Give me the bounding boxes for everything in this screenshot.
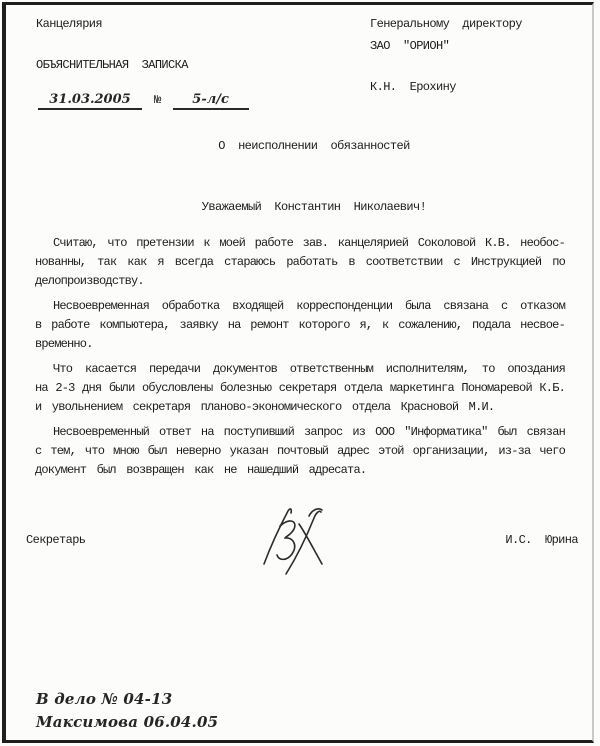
- body-line: на 2-3 дня были обусловлены болезнью сек…: [35, 379, 565, 398]
- paragraph: Несвоевременный ответ на поступивший зап…: [35, 423, 565, 480]
- signer-position-label: Секретарь: [26, 533, 85, 547]
- addressee-position: Генеральному директору: [370, 17, 522, 31]
- body-line: нованны, так как я всегда стараюсь работ…: [35, 253, 565, 272]
- body-line: Считаю, что претензии к моей работе зав.…: [35, 234, 565, 253]
- document-page: Канцелярия ОБЪЯСНИТЕЛЬНАЯ ЗАПИСКА Генера…: [0, 0, 600, 746]
- handwritten-signature-icon: [252, 502, 338, 582]
- doc-number-field: 5-л/с: [173, 92, 249, 110]
- body-line: и увольнением секретаря планово-экономич…: [35, 398, 565, 417]
- body-line: в работе компьютера, заявку на ремонт ко…: [35, 316, 565, 335]
- salutation-line: Уважаемый Константин Николаевич!: [35, 200, 565, 214]
- paragraph: Считаю, что претензии к моей работе зав.…: [35, 234, 565, 291]
- body-line: временно.: [35, 335, 565, 354]
- body-line: Что касается передачи документов ответст…: [35, 360, 565, 379]
- body-line: с тем, что мною был неверно указан почто…: [35, 442, 565, 461]
- department-label: Канцелярия: [36, 17, 102, 31]
- date-number-row: 31.03.2005 № 5-л/с: [38, 92, 249, 110]
- body-line: делопроизводству.: [35, 272, 565, 291]
- date-field: 31.03.2005: [38, 92, 142, 110]
- body-line: Несвоевременный ответ на поступивший зап…: [35, 423, 565, 442]
- number-sign-label: №: [142, 93, 173, 110]
- paragraph: Несвоевременная обработка входящей корре…: [35, 297, 565, 354]
- subject-line: О неисполнении обязанностей: [35, 139, 565, 153]
- addressee-company: ЗАО "ОРИОН": [370, 39, 449, 53]
- body-line: Несвоевременная обработка входящей корре…: [35, 297, 565, 316]
- paragraph: Что касается передачи документов ответст…: [35, 360, 565, 417]
- body-text: Считаю, что претензии к моей работе зав.…: [35, 234, 565, 486]
- filing-signer-date: Максимова 06.04.05: [36, 713, 218, 731]
- body-line: документ был возвращен как не нашедший а…: [35, 461, 565, 480]
- filing-note: В дело № 04-13: [36, 690, 172, 708]
- addressee-name: К.Н. Ерохину: [370, 80, 456, 94]
- doc-type-title: ОБЪЯСНИТЕЛЬНАЯ ЗАПИСКА: [36, 58, 188, 72]
- signer-name: И.С. Юрина: [505, 533, 578, 547]
